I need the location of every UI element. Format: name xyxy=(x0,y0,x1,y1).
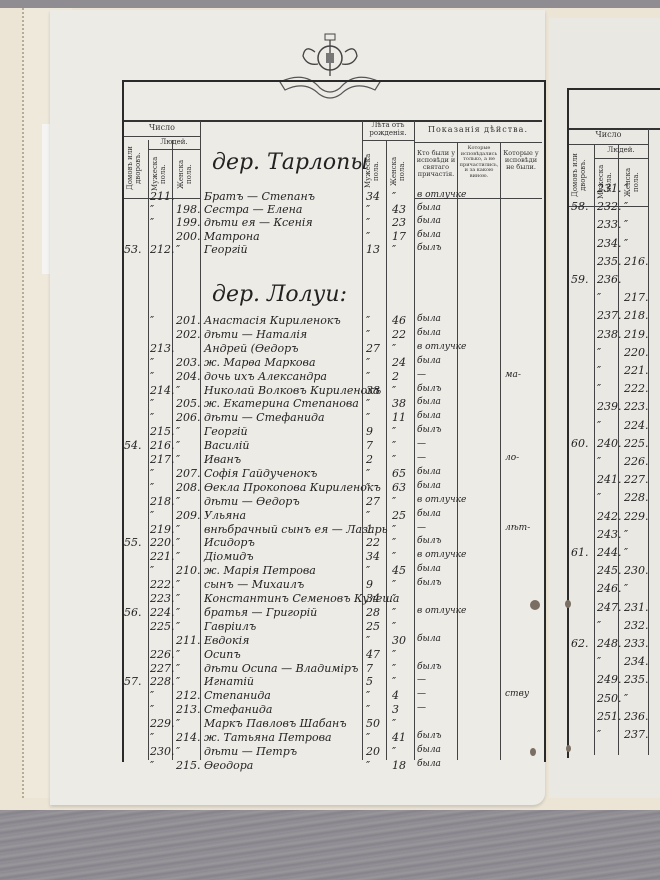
age-male: 5 xyxy=(366,675,373,688)
confession-status: былъ xyxy=(417,243,442,253)
female-number: ″ xyxy=(624,200,628,213)
female-number: ″ xyxy=(176,495,180,508)
age-female: 2 xyxy=(392,370,399,383)
age-female: ″ xyxy=(392,717,396,730)
age-female: ″ xyxy=(392,675,396,688)
person-name: внѣбрачный сынъ ея — Лазарь xyxy=(204,523,388,536)
confession-status: — xyxy=(417,703,426,713)
person-name: ж. Марія Петрова xyxy=(204,564,316,577)
binding-hole xyxy=(566,745,571,752)
male-number: 237. xyxy=(597,309,622,322)
female-number: 224. xyxy=(624,419,649,432)
female-number: ″ xyxy=(176,717,180,730)
age-female: 17 xyxy=(392,230,406,243)
person-name: сынъ — Михаилъ xyxy=(204,578,304,591)
female-number: 211. xyxy=(176,634,201,647)
female-number: 201. xyxy=(176,314,201,327)
female-number: 236. xyxy=(624,710,649,723)
confession-status: былъ xyxy=(417,578,442,588)
male-number: 246. xyxy=(597,582,622,595)
col-divider xyxy=(362,121,363,760)
confession-status: — xyxy=(417,370,426,380)
confession-status: была xyxy=(417,356,441,366)
male-number: ″ xyxy=(150,356,154,369)
male-number: ″ xyxy=(597,364,601,377)
confession-status: была xyxy=(417,564,441,574)
row-divider xyxy=(124,136,200,137)
confession-status: в отлучке xyxy=(417,550,466,560)
confession-status: былъ xyxy=(417,662,442,672)
house-number: 60. xyxy=(571,437,589,450)
female-number: 227. xyxy=(624,473,649,486)
person-name: Исидоръ xyxy=(204,536,255,549)
confession-status: — xyxy=(417,523,426,533)
person-name: Стефанида xyxy=(204,703,272,716)
confession-status: была xyxy=(417,634,441,644)
female-number: 207. xyxy=(176,467,201,480)
male-number: ″ xyxy=(597,291,601,304)
male-number: ″ xyxy=(150,481,154,494)
age-female: 63 xyxy=(392,481,406,494)
age-female: ″ xyxy=(392,745,396,758)
age-female: ″ xyxy=(392,342,396,355)
female-number: 232. xyxy=(624,619,649,632)
age-male: ″ xyxy=(366,564,370,577)
confession-status: была xyxy=(417,759,441,769)
female-number: 199. xyxy=(176,216,201,229)
house-number: 57. xyxy=(124,675,142,688)
age-male: ″ xyxy=(366,397,370,410)
male-number: ″ xyxy=(597,455,601,468)
house-number: 54. xyxy=(124,439,142,452)
age-female: ″ xyxy=(392,495,396,508)
header-ispov-ne-prich: Которые исповѣдались только, а не причас… xyxy=(458,146,500,179)
male-number: 225. xyxy=(150,620,175,633)
age-male: 27 xyxy=(366,342,380,355)
male-number: 248. xyxy=(597,637,622,650)
age-male: 27 xyxy=(366,495,380,508)
age-male: ″ xyxy=(366,216,370,229)
male-number: 222. xyxy=(150,578,175,591)
male-number: ″ xyxy=(597,346,601,359)
confession-status: была xyxy=(417,203,441,213)
female-number: 222. xyxy=(624,382,649,395)
age-female: 65 xyxy=(392,467,406,480)
row-divider xyxy=(594,158,648,159)
house-number: 59. xyxy=(571,273,589,286)
female-number: 229. xyxy=(624,510,649,523)
col-divider xyxy=(500,143,501,760)
person-name: Николай Волковъ Кириленокъ xyxy=(204,384,381,397)
female-number: 206. xyxy=(176,411,201,424)
age-female: ″ xyxy=(392,648,396,661)
male-number: 245. xyxy=(597,564,622,577)
age-male: 28 xyxy=(366,606,380,619)
header-top-rule xyxy=(124,120,542,122)
male-number: 235. xyxy=(597,255,622,268)
female-number: 237. xyxy=(624,728,649,741)
age-male: ″ xyxy=(366,634,370,647)
person-name: Евдокія xyxy=(204,634,249,647)
age-male: ″ xyxy=(366,230,370,243)
female-number: ″ xyxy=(176,523,180,536)
male-number: ″ xyxy=(597,419,601,432)
header-ne-byli: Которые у исповѣди не были. xyxy=(501,150,541,171)
male-number: 213. xyxy=(150,342,175,355)
person-name: Игнатій xyxy=(204,675,254,688)
person-name: Андрей (Ѳедоръ xyxy=(204,342,298,355)
female-number: 210. xyxy=(176,564,201,577)
male-number: 217. xyxy=(150,453,175,466)
female-number: 228. xyxy=(624,491,649,504)
confession-status: в отлучке xyxy=(417,495,466,505)
age-female: 38 xyxy=(392,397,406,410)
male-number: ″ xyxy=(150,397,154,410)
age-female: 4 xyxy=(392,689,399,702)
male-number: 220. xyxy=(150,536,175,549)
person-name: Георгій xyxy=(204,425,248,438)
confession-status: былъ xyxy=(417,384,442,394)
male-number: 226. xyxy=(150,648,175,661)
person-name: Ульяна xyxy=(204,509,246,522)
age-female: ″ xyxy=(392,190,396,203)
confession-status: — xyxy=(417,689,426,699)
female-number: 202. xyxy=(176,328,201,341)
male-number: ″ xyxy=(150,564,154,577)
person-name: Ѳекла Прокопова Кириленокъ xyxy=(204,481,381,494)
age-male: 1 xyxy=(366,523,373,536)
male-number: ″ xyxy=(597,491,601,504)
house-number: 53. xyxy=(124,243,142,256)
male-number: 215. xyxy=(150,425,175,438)
binding-hole xyxy=(530,600,540,610)
col-divider xyxy=(148,140,149,760)
age-female: ″ xyxy=(392,578,396,591)
age-male: 25 xyxy=(366,620,380,633)
age-female: 25 xyxy=(392,509,406,522)
male-number: 241. xyxy=(597,473,622,486)
confession-status: — xyxy=(417,675,426,685)
male-number: 211. xyxy=(150,190,175,203)
male-number: 223. xyxy=(150,592,175,605)
male-number: 231. xyxy=(597,182,622,195)
male-number: 216. xyxy=(150,439,175,452)
person-name: дѣти Осипа — Владиміръ xyxy=(204,662,358,675)
person-name: Маркъ Павловъ Шабанъ xyxy=(204,717,347,730)
confession-status: была xyxy=(417,509,441,519)
person-name: Сестра — Елена xyxy=(204,203,302,216)
age-female: 45 xyxy=(392,564,406,577)
village-heading: дер. Лолуи: xyxy=(212,282,347,307)
age-female: ″ xyxy=(392,592,396,605)
age-male: ″ xyxy=(366,467,370,480)
male-number: 247. xyxy=(597,601,622,614)
male-number: 229. xyxy=(150,717,175,730)
person-name: Софія Гайдученокъ xyxy=(204,467,317,480)
person-name: дѣти — Ѳедоръ xyxy=(204,495,300,508)
male-number: 249. xyxy=(597,673,622,686)
female-number: ″ xyxy=(624,582,628,595)
female-number: ″ xyxy=(176,745,180,758)
row-divider xyxy=(362,140,414,141)
confession-status: была xyxy=(417,411,441,421)
person-name: Георгій xyxy=(204,243,248,256)
male-number: 236. xyxy=(597,273,622,286)
confession-status: в отлучке xyxy=(417,190,466,200)
margin-note: ло- xyxy=(505,453,519,463)
female-number: ″ xyxy=(624,237,628,250)
age-female: ″ xyxy=(392,606,396,619)
male-number: 224. xyxy=(150,606,175,619)
person-name: братья — Григорій xyxy=(204,606,317,619)
person-name: дѣти ея — Ксенія xyxy=(204,216,313,229)
age-female: ″ xyxy=(392,536,396,549)
female-number: 218. xyxy=(624,309,649,322)
house-number: 55. xyxy=(124,536,142,549)
female-number: 231. xyxy=(624,601,649,614)
village-heading: дер. Тарлопы xyxy=(212,150,368,175)
age-male: 20 xyxy=(366,745,380,758)
female-number: 221. xyxy=(624,364,649,377)
age-female: ″ xyxy=(392,620,396,633)
male-number: ″ xyxy=(150,411,154,424)
female-number: ″ xyxy=(176,648,180,661)
binding-hole xyxy=(565,600,571,608)
female-number: ″ xyxy=(176,606,180,619)
male-number: 251. xyxy=(597,710,622,723)
age-female: 43 xyxy=(392,203,406,216)
binding-hole xyxy=(530,748,536,756)
age-female: ″ xyxy=(392,425,396,438)
person-name: дѣти — Петръ xyxy=(204,745,297,758)
female-number: ″ xyxy=(176,662,180,675)
male-number: 244. xyxy=(597,546,622,559)
confession-status: была xyxy=(417,467,441,477)
male-number: 214. xyxy=(150,384,175,397)
age-male: 47 xyxy=(366,648,380,661)
age-male: ″ xyxy=(366,328,370,341)
female-number: ″ xyxy=(176,592,180,605)
header-zhen: Женска пола. xyxy=(177,152,195,196)
col-divider xyxy=(594,145,595,755)
male-number: ″ xyxy=(150,467,154,480)
female-number: 215. xyxy=(176,759,201,772)
age-male: ″ xyxy=(366,509,370,522)
male-number: ″ xyxy=(597,655,601,668)
age-male: ″ xyxy=(366,411,370,424)
age-male: ″ xyxy=(366,356,370,369)
male-number: ″ xyxy=(150,370,154,383)
age-male: ″ xyxy=(366,370,370,383)
female-number: ″ xyxy=(624,182,628,195)
female-number: 216. xyxy=(624,255,649,268)
age-female: 23 xyxy=(392,216,406,229)
male-number: 243. xyxy=(597,528,622,541)
female-number: ″ xyxy=(176,620,180,633)
age-male: ″ xyxy=(366,759,370,772)
age-male: ″ xyxy=(366,689,370,702)
age-female: 41 xyxy=(392,731,406,744)
female-number: ″ xyxy=(176,578,180,591)
female-number: ″ xyxy=(176,550,180,563)
female-number: 213. xyxy=(176,703,201,716)
female-number: ″ xyxy=(624,218,628,231)
header-ispov-i-prich: Кто были у исповѣди и святаго причастія. xyxy=(415,150,457,179)
col-divider xyxy=(386,140,387,760)
female-number: 204. xyxy=(176,370,201,383)
female-number: ″ xyxy=(176,243,180,256)
male-number: 221. xyxy=(150,550,175,563)
person-name: дѣти — Наталія xyxy=(204,328,307,341)
age-female: ″ xyxy=(392,453,396,466)
row-divider xyxy=(148,149,200,150)
female-number: ″ xyxy=(176,536,180,549)
age-male: 34 xyxy=(366,190,380,203)
age-male: ″ xyxy=(366,731,370,744)
confession-status: былъ xyxy=(417,731,442,741)
female-number: ″ xyxy=(176,384,180,397)
confession-status: — xyxy=(417,453,426,463)
margin-note: ству xyxy=(505,689,529,699)
female-number: 233. xyxy=(624,637,649,650)
age-female: ″ xyxy=(392,439,396,452)
female-number: 200. xyxy=(176,230,201,243)
house-number: 58. xyxy=(571,200,589,213)
female-number: ″ xyxy=(176,453,180,466)
age-male: 34 xyxy=(366,592,380,605)
female-number: 223. xyxy=(624,400,649,413)
male-number: 250. xyxy=(597,692,622,705)
age-female: ″ xyxy=(392,243,396,256)
header-lyudey: Людей. xyxy=(148,139,200,147)
header-chislo-right: Число xyxy=(569,131,648,140)
male-number: 242. xyxy=(597,510,622,523)
age-male: 9 xyxy=(366,425,373,438)
person-name: дочь ихъ Александра xyxy=(204,370,327,383)
female-number: 235. xyxy=(624,673,649,686)
male-number: 233. xyxy=(597,218,622,231)
header-lyudey-right: Людей. xyxy=(594,147,648,155)
age-female: 18 xyxy=(392,759,406,772)
male-number: ″ xyxy=(150,703,154,716)
col-divider xyxy=(457,143,458,760)
male-number: 228. xyxy=(150,675,175,688)
age-male: 7 xyxy=(366,439,373,452)
person-name: Ѳеодора xyxy=(204,759,253,772)
margin-note: лѣт- xyxy=(505,523,530,533)
confession-status: былъ xyxy=(417,425,442,435)
person-name: Матрона xyxy=(204,230,260,243)
age-female: 3 xyxy=(392,703,399,716)
female-number: 225. xyxy=(624,437,649,450)
female-number: 219. xyxy=(624,328,649,341)
male-number: 212. xyxy=(150,243,175,256)
header-pokazaniya: Показанія дѣйства. xyxy=(414,126,542,135)
row-divider xyxy=(414,142,542,143)
person-name: Иванъ xyxy=(204,453,241,466)
male-number: 227. xyxy=(150,662,175,675)
male-number: ″ xyxy=(150,216,154,229)
female-number: ″ xyxy=(176,439,180,452)
row-divider xyxy=(569,144,648,145)
age-female: ″ xyxy=(392,523,396,536)
confession-status: была xyxy=(417,230,441,240)
female-number: 226. xyxy=(624,455,649,468)
female-number: ″ xyxy=(624,528,628,541)
female-number: 214. xyxy=(176,731,201,744)
person-name: Василій xyxy=(204,439,250,452)
confession-status: была xyxy=(417,216,441,226)
person-name: ж. Татьяна Петрова xyxy=(204,731,332,744)
female-number: 209. xyxy=(176,509,201,522)
male-number: 238. xyxy=(597,328,622,341)
header-leta: Лѣта отъ рожденія. xyxy=(362,122,414,137)
age-male: 38 xyxy=(366,384,380,397)
age-male: ″ xyxy=(366,314,370,327)
male-number: 239. xyxy=(597,400,622,413)
age-male: ″ xyxy=(366,203,370,216)
person-name: дѣти — Стефанида xyxy=(204,411,325,424)
confession-status: была xyxy=(417,397,441,407)
male-number: ″ xyxy=(150,689,154,702)
age-male: 50 xyxy=(366,717,380,730)
age-male: ″ xyxy=(366,703,370,716)
header-leta-zhen: Женска пола. xyxy=(390,146,410,196)
age-female: 22 xyxy=(392,328,406,341)
female-number: 198. xyxy=(176,203,201,216)
female-number: 220. xyxy=(624,346,649,359)
age-female: 30 xyxy=(392,634,406,647)
header-chislo: Число xyxy=(124,124,200,133)
male-number: ″ xyxy=(150,203,154,216)
male-number: ″ xyxy=(150,314,154,327)
person-name: ж. Екатерина Степанова xyxy=(204,397,359,410)
age-female: 11 xyxy=(392,411,406,424)
male-number: ″ xyxy=(597,728,601,741)
house-number: 62. xyxy=(571,637,589,650)
male-number: ″ xyxy=(150,509,154,522)
person-name: ж. Марѳа Маркова xyxy=(204,356,316,369)
age-female: ″ xyxy=(392,550,396,563)
female-number: ″ xyxy=(624,546,628,559)
female-number: 203. xyxy=(176,356,201,369)
header-domov-right: Домовъ или дворовъ. xyxy=(571,148,591,203)
confession-status: была xyxy=(417,314,441,324)
age-male: 9 xyxy=(366,578,373,591)
person-name: Діомидъ xyxy=(204,550,254,563)
house-number: 61. xyxy=(571,546,589,559)
age-male: ″ xyxy=(366,481,370,494)
age-female: 46 xyxy=(392,314,406,327)
confession-status: — xyxy=(417,439,426,449)
female-number: 234. xyxy=(624,655,649,668)
person-name: Анастасія Кириленокъ xyxy=(204,314,341,327)
header-domov: Домовъ или дворовъ. xyxy=(126,140,146,196)
age-female: ″ xyxy=(392,384,396,397)
male-number: 219. xyxy=(150,523,175,536)
female-number: ″ xyxy=(176,675,180,688)
confession-status: в отлучке xyxy=(417,606,466,616)
female-number: 217. xyxy=(624,291,649,304)
male-number: ″ xyxy=(150,731,154,744)
male-number: ″ xyxy=(150,759,154,772)
margin-note: ма- xyxy=(505,370,521,380)
male-number: 234. xyxy=(597,237,622,250)
age-female: ″ xyxy=(392,662,396,675)
female-number: 230. xyxy=(624,564,649,577)
age-male: 7 xyxy=(366,662,373,675)
female-number: ″ xyxy=(624,692,628,705)
